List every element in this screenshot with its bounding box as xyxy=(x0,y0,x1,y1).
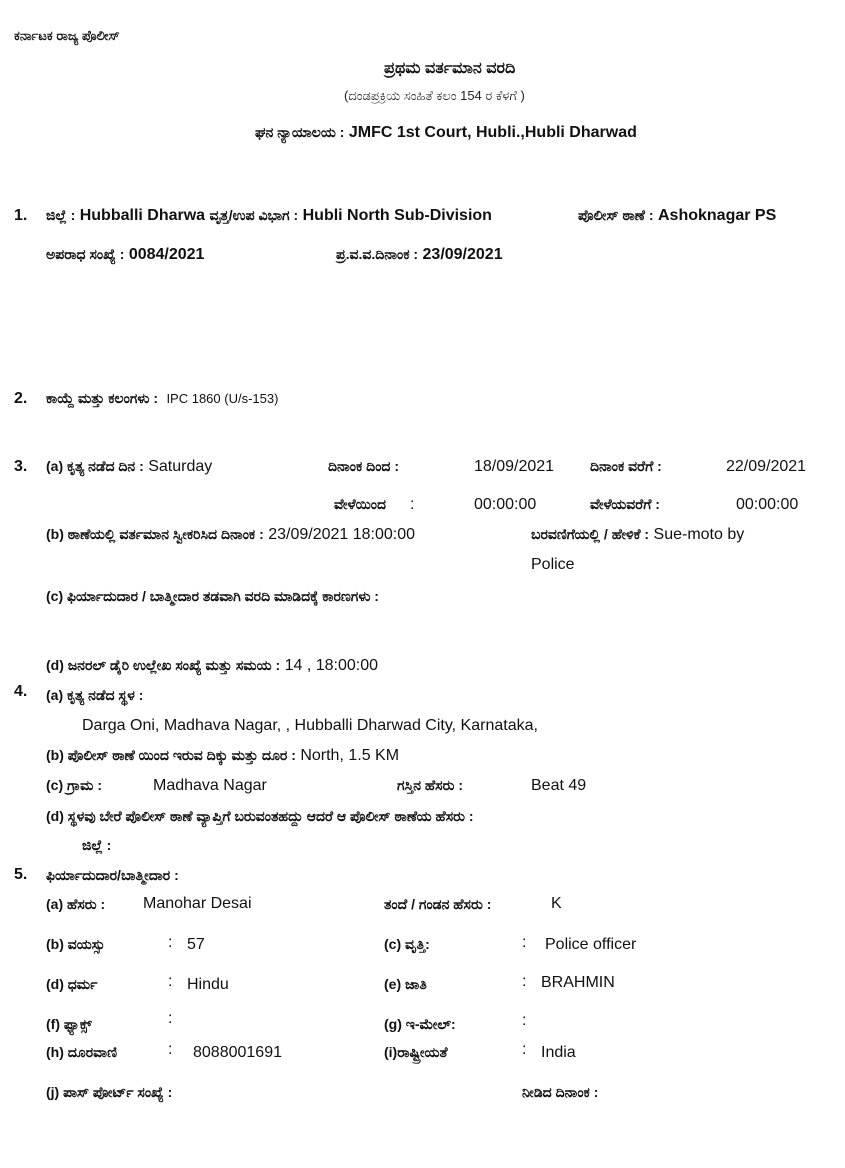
occurrence-day-value: Saturday xyxy=(148,458,212,475)
document-title: ಪ್ರಥಮ ವರ್ತಮಾನ ವರದಿ xyxy=(384,60,515,78)
fax-label: (f) ಫ್ಯಾಕ್ಸ್ xyxy=(46,1016,92,1033)
religion-value: Hindu xyxy=(187,976,229,994)
village-label: (c) ಗ್ರಾಮ : xyxy=(46,777,102,794)
section-4-number: 4. xyxy=(14,683,27,701)
date-from-label: ದಿನಾಂಕ ದಿಂದ : xyxy=(328,458,399,475)
date-to-label: ದಿನಾಂಕ ವರೆಗೆ : xyxy=(590,458,662,475)
beat-label: ಗಸ್ತಿನ ಹೆಸರು : xyxy=(397,777,463,794)
section-5-number: 5. xyxy=(14,866,27,884)
written-oral-value-cont: Police xyxy=(531,556,575,574)
occurrence-day-label: (a) ಕೃತ್ಯ ನಡೆದ ದಿನ : xyxy=(46,458,144,474)
village-value: Madhava Nagar xyxy=(153,777,267,795)
nationality-label: (i)ರಾಷ್ಟ್ರೀಯತೆ xyxy=(384,1044,448,1061)
occupation-colon: : xyxy=(522,934,526,952)
section-1-number: 1. xyxy=(14,207,27,225)
caste-value: BRAHMIN xyxy=(541,974,615,992)
written-oral-value: Sue-moto by xyxy=(654,526,745,543)
fax-colon: : xyxy=(168,1010,172,1028)
age-label: (b) ವಯಸ್ಸು xyxy=(46,936,105,953)
court-line: ಘನ ನ್ಯಾಯಾಲಯ : JMFC 1st Court, Hubli.,Hub… xyxy=(255,124,637,142)
other-station-label: (d) ಸ್ಥಳವು ಬೇರೆ ಪೊಲೀಸ್ ಠಾಣೆ ವ್ಯಾಪ್ತಿಗೆ ಬ… xyxy=(46,808,474,825)
time-from-label: ವೇಳೆಯಿಂದ xyxy=(334,496,386,513)
crime-number-field: ಅಪರಾಧ ಸಂಖ್ಯೆ : 0084/2021 xyxy=(46,246,204,264)
nationality-value: India xyxy=(541,1044,576,1062)
section-2-number: 2. xyxy=(14,390,27,408)
time-from-value: 00:00:00 xyxy=(474,496,536,514)
father-name-label: ತಂದೆ / ಗಂಡನ ಹೆಸರು : xyxy=(384,896,491,913)
acts-sections-field: ಕಾಯ್ದೆ ಮತ್ತು ಕಲಂಗಳು : IPC 1860 (U/s-153) xyxy=(46,390,278,408)
direction-distance-field: (b) ಪೊಲೀಸ್ ಠಾಣೆ ಯಿಂದ ಇರುವ ದಿಕ್ಕು ಮತ್ತು ದ… xyxy=(46,747,399,765)
time-to-label: ವೇಳೆಯವರೆಗೆ : xyxy=(590,496,660,513)
religion-label: (d) ಧರ್ಮ xyxy=(46,976,97,993)
district-label: ಜಿಲ್ಲೆ : xyxy=(46,207,75,223)
written-oral-field: ಬರವಣಿಗೆಯಲ್ಲಿ / ಹೇಳಿಕೆ : Sue-moto by xyxy=(531,526,744,544)
caste-colon: : xyxy=(522,973,526,991)
time-from-colon: : xyxy=(410,496,414,514)
subdivision-label: ವೃತ್ತ/ಉಪ ವಿಭಾಗ : xyxy=(210,207,299,223)
court-label: ಘನ ನ್ಯಾಯಾಲಯ : xyxy=(255,124,344,140)
occurrence-day-field: (a) ಕೃತ್ಯ ನಡೆದ ದಿನ : Saturday xyxy=(46,458,212,476)
age-value: 57 xyxy=(187,936,205,954)
general-diary-label: (d) ಜನರಲ್ ಡೈರಿ ಉಲ್ಲೇಖ ಸಂಖ್ಯೆ ಮತ್ತು ಸಮಯ : xyxy=(46,657,280,673)
court-value: JMFC 1st Court, Hubli.,Hubli Dharwad xyxy=(349,124,637,141)
phone-colon: : xyxy=(168,1041,172,1059)
district-field: ಜಿಲ್ಲೆ : Hubballi Dharwa ವೃತ್ತ/ಉಪ ವಿಭಾಗ … xyxy=(46,207,492,225)
age-colon: : xyxy=(168,934,172,952)
place-of-occurrence-label: (a) ಕೃತ್ಯ ನಡೆದ ಸ್ಥಳ : xyxy=(46,687,143,704)
date-from-value: 18/09/2021 xyxy=(474,458,554,476)
father-name-value: K xyxy=(551,895,562,913)
complainant-label: ಫಿರ್ಯಾದುದಾರ/ಬಾತ್ಮೀದಾರ : xyxy=(46,867,179,884)
direction-distance-value: North, 1.5 KM xyxy=(300,747,399,764)
section-3-number: 3. xyxy=(14,458,27,476)
occupation-value: Police officer xyxy=(545,936,636,954)
passport-label: (j) ಪಾಸ್ ಪೋರ್ಟ್ ಸಂಖ್ಯೆ : xyxy=(46,1084,172,1101)
occupation-label: (c) ವೃತ್ತಿ: xyxy=(384,936,430,953)
info-received-value: 23/09/2021 18:00:00 xyxy=(268,526,415,543)
organization-name: ಕರ್ನಾಟಕ ರಾಜ್ಯ ಪೊಲೀಸ್ xyxy=(14,28,120,44)
subdivision-value: Hubli North Sub-Division xyxy=(303,207,492,224)
police-station-label: ಪೊಲೀಸ್ ಠಾಣೆ : xyxy=(578,207,654,223)
police-station-field: ಪೊಲೀಸ್ ಠಾಣೆ : Ashoknagar PS xyxy=(578,207,776,225)
name-label: (a) ಹೆಸರು : xyxy=(46,896,105,913)
email-label: (g) ಇ-ಮೇಲ್: xyxy=(384,1016,456,1033)
crime-number-label: ಅಪರಾಧ ಸಂಖ್ಯೆ : xyxy=(46,246,124,262)
time-to-value: 00:00:00 xyxy=(736,496,798,514)
beat-value: Beat 49 xyxy=(531,777,586,795)
nationality-colon: : xyxy=(522,1041,526,1059)
info-received-field: (b) ಠಾಣೆಯಲ್ಲಿ ವರ್ತಮಾನ ಸ್ವೀಕರಿಸಿದ ದಿನಾಂಕ … xyxy=(46,526,415,544)
police-station-value: Ashoknagar PS xyxy=(658,207,776,224)
issue-date-label: ನೀಡಿದ ದಿನಾಂಕ : xyxy=(522,1084,598,1101)
crime-number-value: 0084/2021 xyxy=(129,246,205,263)
date-to-value: 22/09/2021 xyxy=(726,458,806,476)
delay-reasons-label: (c) ಫಿರ್ಯಾದುದಾರ / ಬಾತ್ಮೀದಾರ ತಡವಾಗಿ ವರದಿ … xyxy=(46,588,379,605)
district-value: Hubballi Dharwa xyxy=(80,207,205,224)
fir-date-label: ಪ್ರ.ವ.ವ.ದಿನಾಂಕ : xyxy=(336,246,418,262)
general-diary-value: 14 , 18:00:00 xyxy=(285,657,378,674)
name-value: Manohar Desai xyxy=(143,895,252,913)
place-of-occurrence-value: Darga Oni, Madhava Nagar, , Hubballi Dha… xyxy=(82,717,538,735)
email-colon: : xyxy=(522,1012,526,1030)
other-district-label: ಜಿಲ್ಲೆ : xyxy=(82,837,111,854)
religion-colon: : xyxy=(168,973,172,991)
caste-label: (e) ಜಾತಿ xyxy=(384,976,427,993)
info-received-label: (b) ಠಾಣೆಯಲ್ಲಿ ವರ್ತಮಾನ ಸ್ವೀಕರಿಸಿದ ದಿನಾಂಕ … xyxy=(46,526,264,542)
acts-sections-value: IPC 1860 (U/s-153) xyxy=(166,391,278,406)
phone-label: (h) ದೂರವಾಣಿ xyxy=(46,1044,117,1061)
fir-date-field: ಪ್ರ.ವ.ವ.ದಿನಾಂಕ : 23/09/2021 xyxy=(336,246,503,264)
general-diary-field: (d) ಜನರಲ್ ಡೈರಿ ಉಲ್ಲೇಖ ಸಂಖ್ಯೆ ಮತ್ತು ಸಮಯ :… xyxy=(46,657,378,675)
phone-value: 8088001691 xyxy=(193,1044,282,1062)
direction-distance-label: (b) ಪೊಲೀಸ್ ಠಾಣೆ ಯಿಂದ ಇರುವ ದಿಕ್ಕು ಮತ್ತು ದ… xyxy=(46,747,296,763)
fir-date-value: 23/09/2021 xyxy=(423,246,503,263)
document-subtitle: (ದಂಡಪ್ರಕ್ರಿಯ ಸಂಹಿತೆ ಕಲಂ 154 ರ ಕೆಳಗೆ ) xyxy=(344,88,525,104)
acts-sections-label: ಕಾಯ್ದೆ ಮತ್ತು ಕಲಂಗಳು : xyxy=(46,390,158,406)
written-oral-label: ಬರವಣಿಗೆಯಲ್ಲಿ / ಹೇಳಿಕೆ : xyxy=(531,526,649,542)
